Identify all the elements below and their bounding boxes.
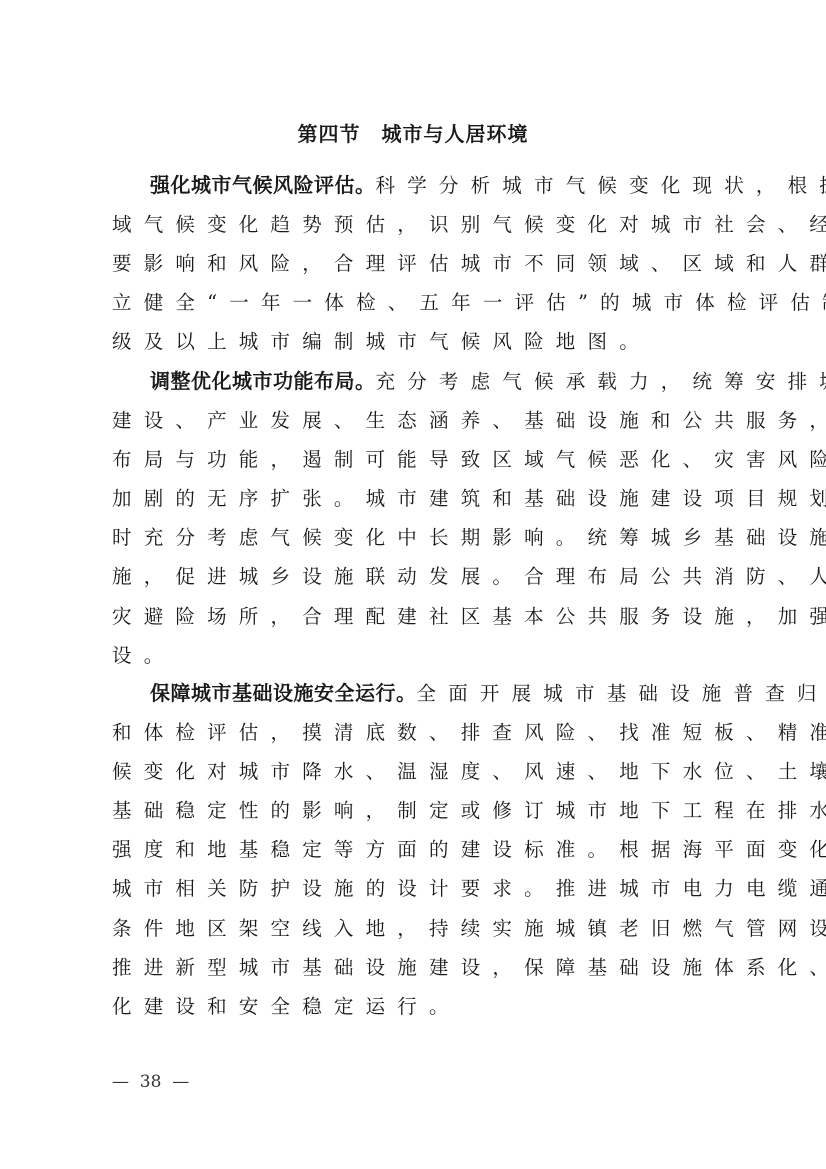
paragraph-line: 建设、产业发展、生态涵养、基础设施和公共服务，合理规划城市	[112, 401, 716, 440]
paragraph-line: 域气候变化趋势预估，识别气候变化对城市社会、经济与生态的主	[112, 205, 716, 244]
paragraph-line: 级及以上城市编制城市气候风险地图。	[112, 322, 716, 361]
paragraph-first-line: 强化城市气候风险评估。科学分析城市气候变化现状，根据区	[112, 166, 716, 205]
paragraph-text: 充分考虑气候承载力，统筹安排城市	[376, 370, 826, 393]
paragraph-climate-risk-assessment: 强化城市气候风险评估。科学分析城市气候变化现状，根据区 域气候变化趋势预估，识别…	[112, 166, 716, 361]
paragraph-line: 条件地区架空线入地，持续实施城镇老旧燃气管网设施更新改造。	[112, 909, 716, 948]
paragraph-text: 全面开展城市基础设施普查归档	[417, 682, 826, 705]
paragraph-lead-heading: 保障城市基础设施安全运行。	[150, 681, 417, 705]
page-number: — 38 —	[112, 1072, 189, 1092]
paragraph-line: 时充分考虑气候变化中长期影响。统筹城乡基础设施和公共服务设	[112, 518, 716, 557]
paragraph-text: 科学分析城市气候变化现状，根据区	[376, 174, 826, 197]
paragraph-line: 施，促进城乡设施联动发展。合理布局公共消防、人防设施以及防	[112, 557, 716, 596]
paragraph-urban-function-layout: 调整优化城市功能布局。充分考虑气候承载力，统筹安排城市 建设、产业发展、生态涵养…	[112, 362, 716, 675]
paragraph-line: 强度和地基稳定等方面的建设标准。根据海平面变化情况调整沿海	[112, 830, 716, 869]
section-title: 第四节 城市与人居环境	[0, 118, 826, 147]
paragraph-lead-heading: 调整优化城市功能布局。	[150, 369, 376, 393]
paragraph-line: 推进新型城市基础设施建设，保障基础设施体系化、智能化、绿色	[112, 948, 716, 987]
paragraph-line: 设。	[112, 636, 716, 675]
paragraph-first-line: 保障城市基础设施安全运行。全面开展城市基础设施普查归档	[112, 674, 716, 713]
paragraph-line: 加剧的无序扩张。城市建筑和基础设施建设项目规划、设计、审批	[112, 479, 716, 518]
paragraph-line: 城市相关防护设施的设计要求。推进城市电力电缆通道建设和具备	[112, 869, 716, 908]
paragraph-infrastructure-safety: 保障城市基础设施安全运行。全面开展城市基础设施普查归档 和体检评估，摸清底数、排…	[112, 674, 716, 1026]
paragraph-line: 候变化对城市降水、温湿度、风速、地下水位、土壤含水率和地基	[112, 752, 716, 791]
paragraph-line: 立健全“一年一体检、五年一评估”的城市体检评估制度。推动地	[112, 283, 716, 322]
paragraph-line: 基础稳定性的影响，制定或修订城市地下工程在排水、通风、墙体	[112, 791, 716, 830]
paragraph-first-line: 调整优化城市功能布局。充分考虑气候承载力，统筹安排城市	[112, 362, 716, 401]
paragraph-line: 化建设和安全稳定运行。	[112, 987, 716, 1026]
paragraph-line: 和体检评估，摸清底数、排查风险、找准短板、精准施策。根据气	[112, 713, 716, 752]
paragraph-line: 灾避险场所，合理配建社区基本公共服务设施，加强无障碍环境建	[112, 597, 716, 636]
paragraph-line: 布局与功能，遏制可能导致区域气候恶化、灾害风险增大与城市病	[112, 440, 716, 479]
paragraph-line: 要影响和风险，合理评估城市不同领域、区域和人群的脆弱性。建	[112, 244, 716, 283]
paragraph-lead-heading: 强化城市气候风险评估。	[150, 173, 376, 197]
